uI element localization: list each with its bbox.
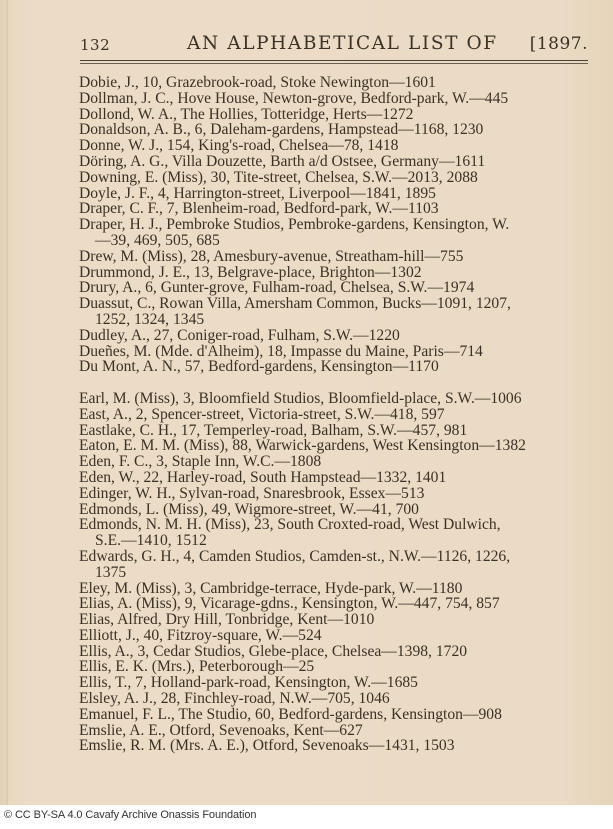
list-item: Edwards, G. H., 4, Camden Studios, Camde… [79,549,594,565]
list-item: Earl, M. (Miss), 3, Bloomfield Studios, … [79,391,594,407]
list-item: Dobie, J., 10, Grazebrook-road, Stoke Ne… [79,75,594,91]
list-item: Draper, H. J., Pembroke Studios, Pembrok… [79,217,594,233]
list-item: Emanuel, F. L., The Studio, 60, Bedford-… [79,707,594,723]
list-item: Donne, W. J., 154, King's-road, Chelsea—… [79,138,594,154]
list-item: Eley, M. (Miss), 3, Cambridge-terrace, H… [79,581,594,597]
list-item: Doyle, J. F., 4, Harrington-street, Live… [79,186,594,202]
list-item: Ellis, E. K. (Mrs.), Peterborough—25 [79,659,594,675]
list-item: Dollond, W. A., The Hollies, Totteridge,… [79,107,594,123]
list-item: Edmonds, N. M. H. (Miss), 23, South Crox… [79,517,594,533]
directory-list: Dobie, J., 10, Grazebrook-road, Stoke Ne… [79,75,594,754]
list-item: Eastlake, C. H., 17, Temperley-road, Bal… [79,423,594,439]
list-item: Eaton, E. M. M. (Miss), 88, Warwick-gard… [79,438,594,454]
list-item: Draper, C. F., 7, Blenheim-road, Bedford… [79,201,594,217]
list-item: Ellis, T., 7, Holland-park-road, Kensing… [79,675,594,691]
list-item: Emslie, R. M. (Mrs. A. E.), Otford, Seve… [79,738,594,754]
list-item-continuation: S.E.—1410, 1512 [79,533,594,549]
list-item: Ellis, A., 3, Cedar Studios, Glebe-place… [79,644,594,660]
list-item-continuation: 1252, 1324, 1345 [79,312,594,328]
list-item: Elsley, A. J., 28, Finchley-road, N.W.—7… [79,691,594,707]
page-header: 132 AN ALPHABETICAL LIST OF [1897. [80,30,588,54]
list-item: Drew, M. (Miss), 28, Amesbury-avenue, St… [79,249,594,265]
scanned-page: 132 AN ALPHABETICAL LIST OF [1897. Dobie… [0,0,613,805]
list-item: Döring, A. G., Villa Douzette, Barth a/d… [79,154,594,170]
entries-e-section: Earl, M. (Miss), 3, Bloomfield Studios, … [79,391,594,754]
list-item: Drummond, J. E., 13, Belgrave-place, Bri… [79,265,594,281]
running-title: AN ALPHABETICAL LIST OF [187,33,498,54]
section-gap [79,375,594,391]
list-item: Elliott, J., 40, Fitzroy-square, W.—524 [79,628,594,644]
list-item: East, A., 2, Spencer-street, Victoria-st… [79,407,594,423]
list-item: Donaldson, A. B., 6, Daleham-gardens, Ha… [79,122,594,138]
list-item: Dollman, J. C., Hove House, Newton-grove… [79,91,594,107]
list-item: Dueñes, M. (Mde. d'Alheim), 18, Impasse … [79,344,594,360]
list-item: Edmonds, L. (Miss), 49, Wigmore-street, … [79,502,594,518]
copyright-credit: © CC BY-SA 4.0 Cavafy Archive Onassis Fo… [4,809,256,821]
list-item: Emslie, A. E., Otford, Sevenoaks, Kent—6… [79,723,594,739]
list-item: Edinger, W. H., Sylvan-road, Snaresbrook… [79,486,594,502]
list-item: Dudley, A., 27, Coniger-road, Fulham, S.… [79,328,594,344]
list-item-continuation: —39, 469, 505, 685 [79,233,594,249]
year-marker: [1897. [530,34,588,54]
list-item: Downing, E. (Miss), 30, Tite-street, Che… [79,170,594,186]
page-number: 132 [80,36,110,54]
list-item: Duassut, C., Rowan Villa, Amersham Commo… [79,296,594,312]
list-item: Eden, W., 22, Harley-road, South Hampste… [79,470,594,486]
list-item: Drury, A., 6, Gunter-grove, Fulham-road,… [79,280,594,296]
entries-d-section: Dobie, J., 10, Grazebrook-road, Stoke Ne… [79,75,594,375]
list-item: Elias, A. (Miss), 9, Vicarage-gdns., Ken… [79,596,594,612]
list-item: Eden, F. C., 3, Staple Inn, W.C.—1808 [79,454,594,470]
header-rule-top [80,60,588,61]
header-rule-bottom [80,63,588,64]
list-item-continuation: 1375 [79,565,594,581]
list-item: Elias, Alfred, Dry Hill, Tonbridge, Kent… [79,612,594,628]
list-item: Du Mont, A. N., 57, Bedford-gardens, Ken… [79,359,594,375]
